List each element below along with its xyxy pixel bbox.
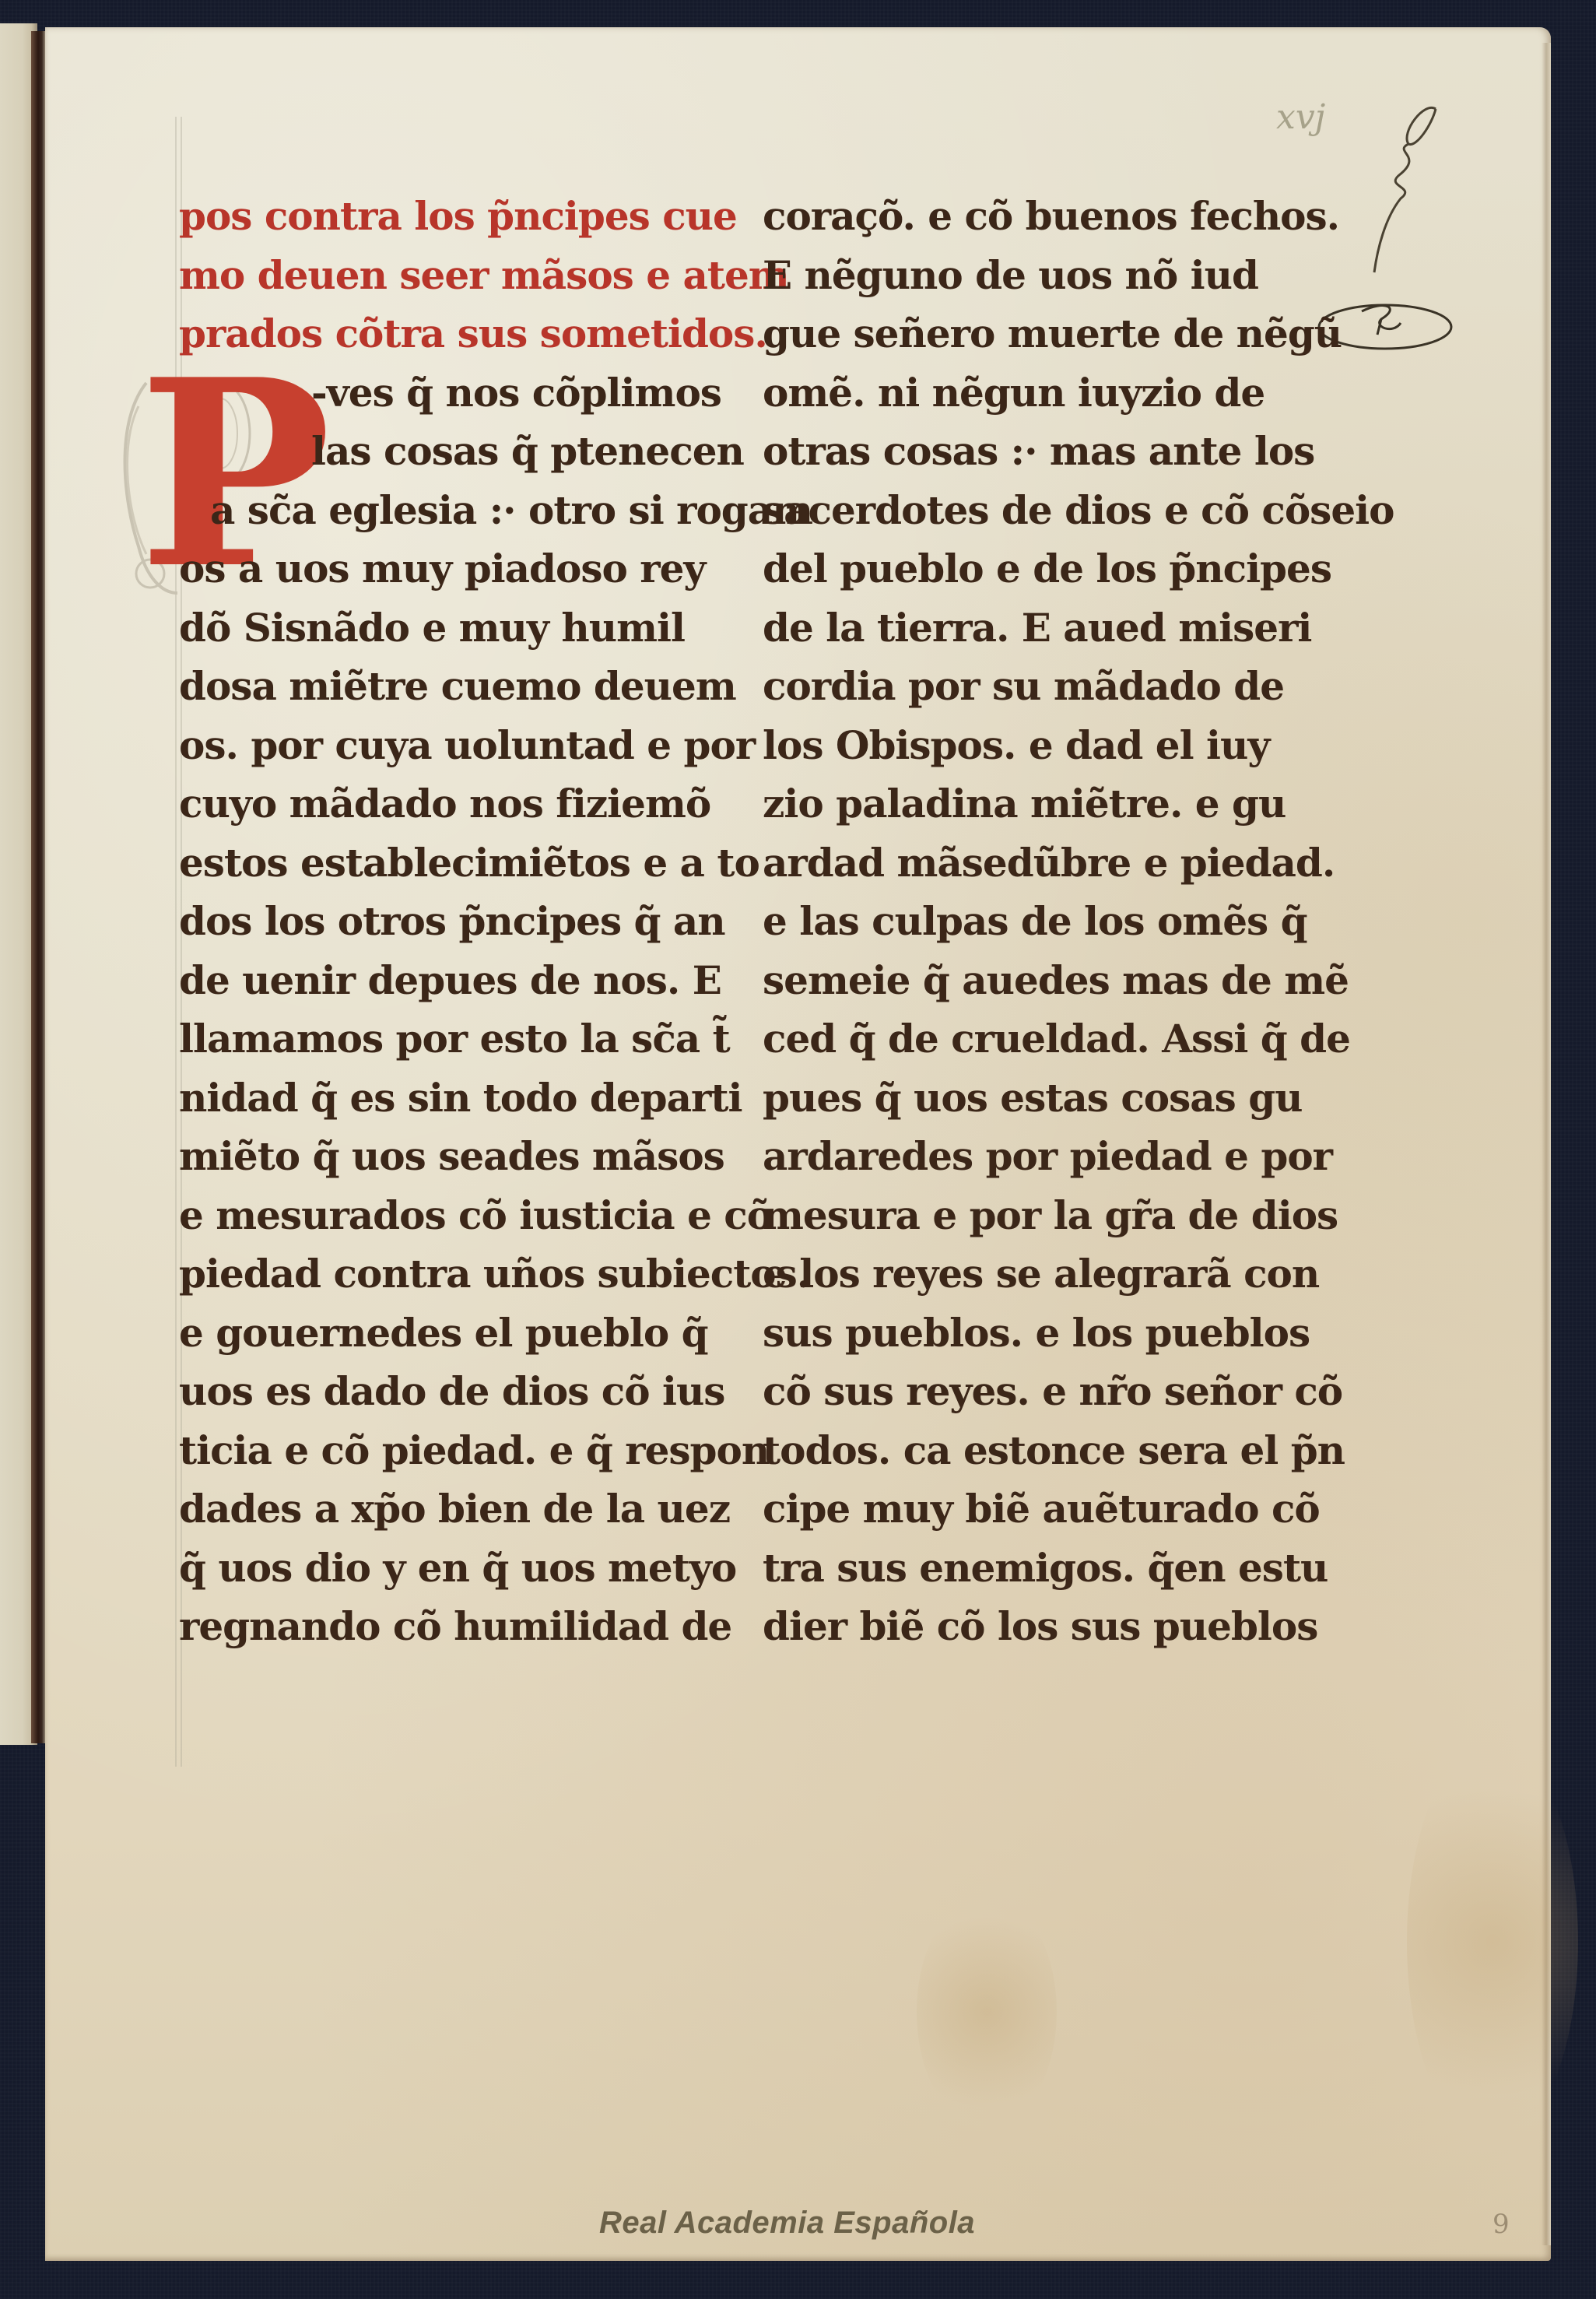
text-line: cordia por su mãdado de — [763, 657, 1292, 716]
text-line: nidad q̃ es sin todo departi — [179, 1069, 724, 1128]
text-line: ticia e cõ piedad. e q̃ respon — [179, 1421, 724, 1480]
rubric-line: mo deuen seer mãsos e atem — [179, 246, 724, 305]
rubric-line: pos contra los p̃ncipes cue — [179, 187, 724, 246]
text-line: mesura e por la gr̃a de dios — [763, 1186, 1292, 1245]
text-line: e los reyes se alegrarã con — [763, 1244, 1292, 1304]
text-line: las cosas q̃ ptenecen — [179, 422, 724, 481]
text-line: ardad mãsedũbre e piedad. — [763, 834, 1292, 893]
text-line: os. por cuya uoluntad e por — [179, 716, 724, 775]
text-line: cuyo mãdado nos fiziemõ — [179, 774, 724, 834]
parchment-stain — [917, 1895, 1057, 2129]
text-column-right: coraçõ. e cõ buenos fechos. E nẽguno de … — [763, 187, 1292, 1656]
text-line: sus pueblos. e los pueblos — [763, 1304, 1292, 1363]
institution-watermark: Real Academia Española — [599, 2206, 975, 2241]
text-line: ced q̃ de crueldad. Assi q̃ de — [763, 1009, 1292, 1069]
text-line: tra sus enemigos. q̃en estu — [763, 1539, 1292, 1598]
text-line: omẽ. ni nẽgun iuyzio de — [763, 363, 1292, 423]
text-line: dõ Sisnãdo e muy humil — [179, 598, 724, 658]
text-line: los Obispos. e dad el iuy — [763, 716, 1292, 775]
text-line: E nẽguno de uos nõ iud — [763, 246, 1292, 305]
text-line: de uenir depues de nos. E — [179, 951, 724, 1010]
text-line: dos los otros p̃ncipes q̃ an — [179, 892, 724, 951]
text-line: zio paladina miẽtre. e gu — [763, 774, 1292, 834]
text-line: regnando cõ humilidad de — [179, 1597, 724, 1656]
text-line: pues q̃ uos estas cosas gu — [763, 1069, 1292, 1128]
text-line: e mesurados cõ iusticia e cõ — [179, 1186, 724, 1245]
text-line: otras cosas :· mas ante los — [763, 422, 1292, 481]
text-line: del pueblo e de los p̃ncipes — [763, 539, 1292, 598]
text-line: gue señero muerte de nẽgũ — [763, 304, 1292, 363]
text-line: q̃ uos dio y en q̃ uos metyo — [179, 1539, 724, 1598]
text-line: todos. ca estonce sera el p̃n — [763, 1421, 1292, 1480]
text-line: e gouernedes el pueblo q̃ — [179, 1304, 724, 1363]
folio-number: 9 — [1493, 2209, 1510, 2240]
text-line: -ves q̃ nos cõplimos — [179, 363, 724, 423]
text-line: estos establecimiẽtos e a to — [179, 834, 724, 893]
text-line: cipe muy biẽ auẽturado cõ — [763, 1479, 1292, 1539]
text-line: sacerdotes de dios e cõ cõseio — [763, 481, 1292, 540]
text-line: ardaredes por piedad e por — [763, 1127, 1292, 1186]
text-line: cõ sus reyes. e nr̃o señor cõ — [763, 1362, 1292, 1421]
text-line: piedad contra uños subiectos. — [179, 1244, 724, 1304]
text-line: a sc̃a eglesia :· otro si rogam — [179, 481, 724, 540]
text-line: miẽto q̃ uos seades mãsos — [179, 1127, 724, 1186]
text-line: uos es dado de dios cõ ius — [179, 1362, 724, 1421]
text-line: de la tierra. E aued miseri — [763, 598, 1292, 658]
text-line: llamamos por esto la sc̃a t̃ — [179, 1009, 724, 1069]
rubric-line: prados cõtra sus sometidos. — [179, 304, 724, 363]
text-column-left: pos contra los p̃ncipes cue mo deuen see… — [179, 187, 724, 1656]
text-line: coraçõ. e cõ buenos fechos. — [763, 187, 1292, 246]
parchment-stain — [1407, 1739, 1578, 2144]
text-line: semeie q̃ auedes mas de mẽ — [763, 951, 1292, 1010]
text-line: dades a xp̃o bien de la uez — [179, 1479, 724, 1539]
text-line: os a uos muy piadoso rey — [179, 539, 724, 598]
text-line: dier biẽ cõ los sus pueblos — [763, 1597, 1292, 1656]
text-line: dosa miẽtre cuemo deuem — [179, 657, 724, 716]
text-line: e las culpas de los omẽs q̃ — [763, 892, 1292, 951]
binding-gutter — [31, 31, 47, 1743]
